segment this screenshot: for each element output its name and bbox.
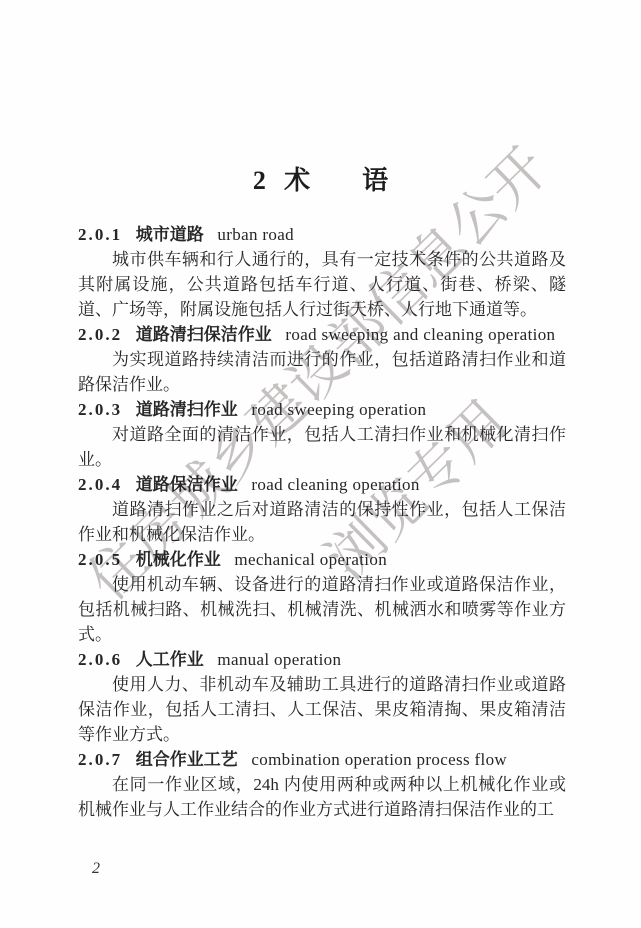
term-name-zh: 城市道路 [136,225,204,244]
term-name-zh: 道路清扫保洁作业 [136,325,272,344]
term-name-en: mechanical operation [234,550,387,569]
term-heading: 2.0.1城市道路urban road [78,222,566,247]
chapter-number: 2 [253,166,266,195]
term-number: 2.0.1 [78,225,122,244]
term-definition: 使用人力、非机动车及辅助工具进行的道路清扫作业或道路保洁作业，包括人工清扫、人工… [78,672,566,747]
term-definition: 使用机动车辆、设备进行的道路清扫作业或道路保洁作业，包括机械扫路、机械洗扫、机械… [78,572,566,647]
term-definition: 城市供车辆和行人通行的，具有一定技术条件的公共道路及其附属设施，公共道路包括车行… [78,247,566,322]
document-page: 住房城乡建设部信息公开 浏览专用 2术语 2.0.1城市道路urban road… [0,0,641,928]
term-name-zh: 组合作业工艺 [136,750,238,769]
term-name-zh: 道路保洁作业 [136,475,238,494]
chapter-title-text: 术语 [284,166,440,195]
term-entry: 2.0.7组合作业工艺combination operation process… [78,747,566,822]
term-number: 2.0.6 [78,650,122,669]
term-entry: 2.0.4道路保洁作业road cleaning operation 道路清扫作… [78,472,566,547]
term-name-en: combination operation process flow [251,750,507,769]
term-name-en: road sweeping and cleaning operation [285,325,555,344]
term-name-en: road cleaning operation [251,475,419,494]
term-name-en: manual operation [217,650,341,669]
term-heading: 2.0.3道路清扫作业road sweeping operation [78,397,566,422]
term-entry: 2.0.1城市道路urban road 城市供车辆和行人通行的，具有一定技术条件… [78,222,566,322]
term-number: 2.0.2 [78,325,122,344]
term-entry: 2.0.5机械化作业mechanical operation 使用机动车辆、设备… [78,547,566,647]
term-heading: 2.0.4道路保洁作业road cleaning operation [78,472,566,497]
page-number: 2 [92,860,100,878]
term-heading: 2.0.5机械化作业mechanical operation [78,547,566,572]
term-number: 2.0.4 [78,475,122,494]
terms-section: 2.0.1城市道路urban road 城市供车辆和行人通行的，具有一定技术条件… [78,222,566,822]
term-name-zh: 机械化作业 [136,550,221,569]
term-name-en: urban road [217,225,294,244]
term-name-zh: 人工作业 [136,650,204,669]
term-heading: 2.0.7组合作业工艺combination operation process… [78,747,566,772]
chapter-title: 2术语 [0,160,641,197]
term-definition: 在同一作业区域，24h 内使用两种或两种以上机械化作业或机械作业与人工作业结合的… [78,772,566,822]
term-heading: 2.0.6人工作业manual operation [78,647,566,672]
term-entry: 2.0.3道路清扫作业road sweeping operation 对道路全面… [78,397,566,472]
term-number: 2.0.5 [78,550,122,569]
term-definition: 道路清扫作业之后对道路清洁的保持性作业，包括人工保洁作业和机械化保洁作业。 [78,497,566,547]
term-entry: 2.0.2道路清扫保洁作业road sweeping and cleaning … [78,322,566,397]
term-name-en: road sweeping operation [251,400,426,419]
term-number: 2.0.7 [78,750,122,769]
term-name-zh: 道路清扫作业 [136,400,238,419]
term-entry: 2.0.6人工作业manual operation 使用人力、非机动车及辅助工具… [78,647,566,747]
term-heading: 2.0.2道路清扫保洁作业road sweeping and cleaning … [78,322,566,347]
term-definition: 为实现道路持续清洁而进行的作业，包括道路清扫作业和道路保洁作业。 [78,347,566,397]
term-number: 2.0.3 [78,400,122,419]
term-definition: 对道路全面的清洁作业，包括人工清扫作业和机械化清扫作业。 [78,422,566,472]
